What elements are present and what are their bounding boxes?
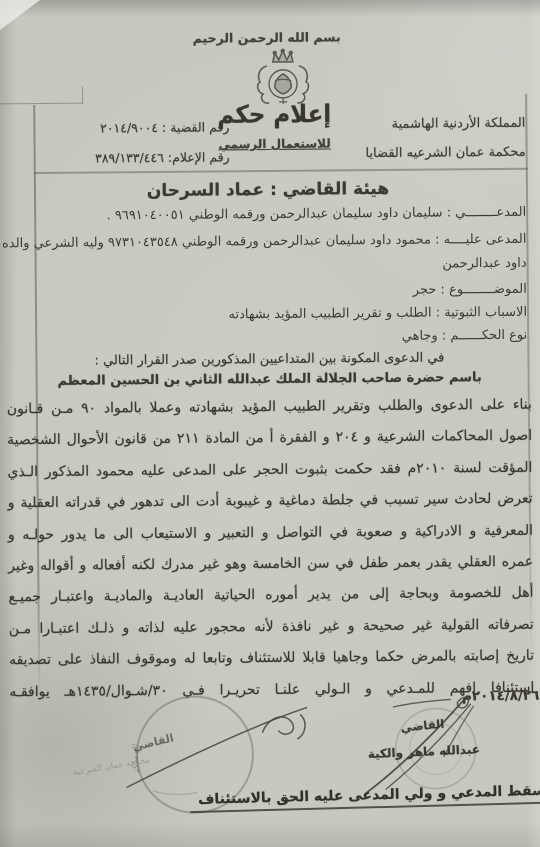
stamp-ring-text: المملكة الأردنية الهاشمية <box>0 0 144 779</box>
svg-text:المملكة الأردنية الهاشمية: المملكة الأردنية الهاشمية <box>0 0 144 779</box>
document-content: بسم الله الرحمن الرحيم المملكة الأردنية … <box>0 0 540 847</box>
stamps-and-signatures: المملكة الأردنية الهاشمية القاضي محكمة ع… <box>0 0 540 847</box>
stamp-inner-title: القاضي <box>131 731 175 753</box>
scanned-judgment-document: بسم الله الرحمن الرحيم المملكة الأردنية … <box>0 0 540 847</box>
court-round-stamp: المملكة الأردنية الهاشمية القاضي محكمة ع… <box>0 0 253 814</box>
